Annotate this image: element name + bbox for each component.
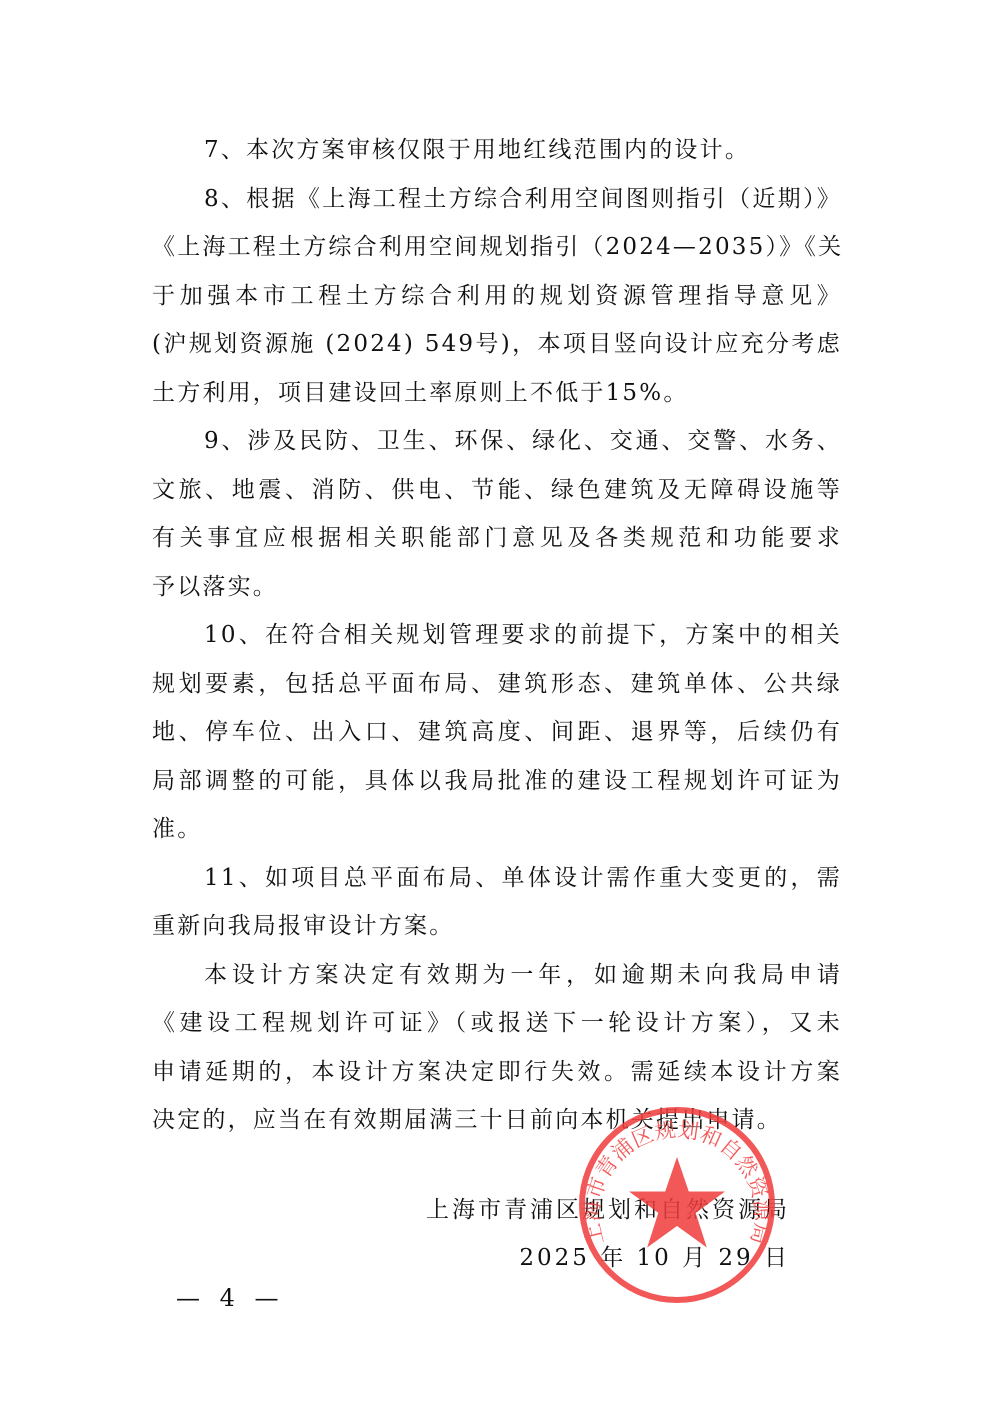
validity-line-3: 申请延期的，本设计方案决定即行失效。需延续本设计方案: [152, 1048, 842, 1097]
item-7-line-1: 7、本次方案审核仅限于用地红线范围内的设计。: [152, 126, 842, 175]
item-8-line-3: 于加强本市工程土方综合利用的规划资源管理指导意见》: [152, 272, 842, 321]
document-body: 7、本次方案审核仅限于用地红线范围内的设计。 8、根据《上海工程土方综合利用空间…: [152, 126, 842, 1145]
item-10-line-1: 10、在符合相关规划管理要求的前提下，方案中的相关: [152, 611, 842, 660]
signature-block: 上海市青浦区规划和自然资源局 2025 年 10 月 29 日: [426, 1186, 790, 1282]
item-9-line-3: 有关事宜应根据相关职能部门意见及各类规范和功能要求: [152, 514, 842, 563]
item-11-line-1: 11、如项目总平面布局、单体设计需作重大变更的，需: [152, 854, 842, 903]
item-9-line-2: 文旅、地震、消防、供电、节能、绿色建筑及无障碍设施等: [152, 466, 842, 515]
item-9-line-1: 9、涉及民防、卫生、环保、绿化、交通、交警、水务、: [152, 417, 842, 466]
item-8-line-4: (沪规划资源施 (2024) 549号)，本项目竖向设计应充分考虑: [152, 320, 842, 369]
item-8-line-2: 《上海工程土方综合利用空间规划指引（2024—2035）》《关: [152, 223, 842, 272]
item-10-line-4: 局部调整的可能，具体以我局批准的建设工程规划许可证为: [152, 757, 842, 806]
item-11-line-2: 重新向我局报审设计方案。: [152, 902, 842, 951]
issue-date: 2025 年 10 月 29 日: [426, 1234, 790, 1282]
validity-line-2: 《建设工程规划许可证》（或报送下一轮设计方案），又未: [152, 999, 842, 1048]
item-10-line-2: 规划要素，包括总平面布局、建筑形态、建筑单体、公共绿: [152, 660, 842, 709]
issuer-name: 上海市青浦区规划和自然资源局: [426, 1186, 790, 1234]
validity-line-4: 决定的，应当在有效期届满三十日前向本机关提出申请。: [152, 1096, 842, 1145]
validity-line-1: 本设计方案决定有效期为一年，如逾期未向我局申请: [152, 951, 842, 1000]
item-8-line-1: 8、根据《上海工程土方综合利用空间图则指引（近期）》: [152, 175, 842, 224]
item-8-line-5: 土方利用，项目建设回土率原则上不低于15%。: [152, 369, 842, 418]
item-10-line-5: 准。: [152, 805, 842, 854]
document-page: 7、本次方案审核仅限于用地红线范围内的设计。 8、根据《上海工程土方综合利用空间…: [0, 0, 992, 1403]
item-10-line-3: 地、停车位、出入口、建筑高度、间距、退界等，后续仍有: [152, 708, 842, 757]
item-9-line-4: 予以落实。: [152, 563, 842, 612]
page-number: — 4 —: [176, 1284, 285, 1312]
